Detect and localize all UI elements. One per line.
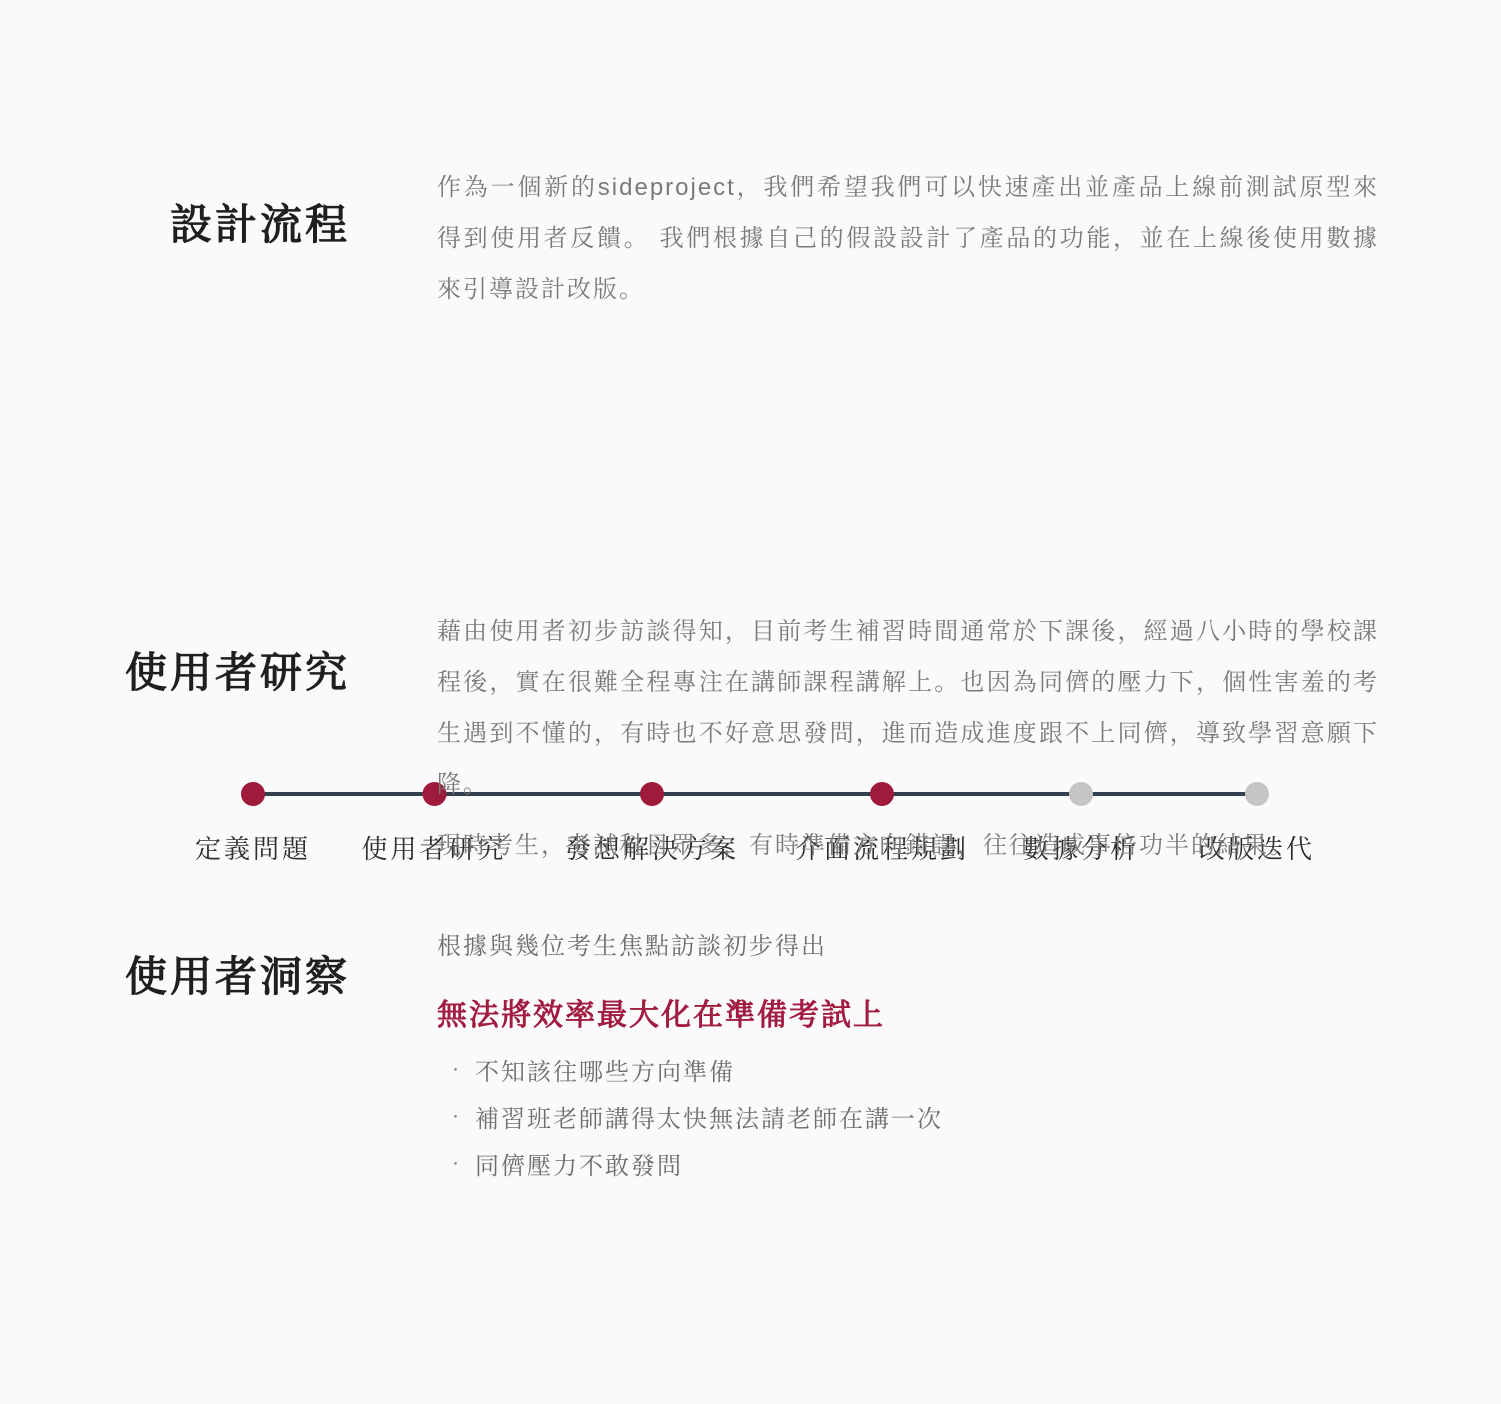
list-item: ・ 同儕壓力不敢發問 bbox=[448, 1140, 943, 1187]
bullet-dot-icon: ・ bbox=[448, 1059, 475, 1080]
timeline-dot bbox=[241, 782, 265, 806]
bullet-text: 不知該往哪些方向準備 bbox=[475, 1052, 735, 1087]
user-research-paragraph-block: 藉由使用者初步訪談得知，目前考生補習時間通常於下課後，經過八小時的學校課程後，實… bbox=[437, 606, 1379, 871]
user-research-paragraph-1: 藉由使用者初步訪談得知，目前考生補習時間通常於下課後，經過八小時的學校課程後，實… bbox=[437, 606, 1379, 810]
design-process-title: 設計流程 bbox=[98, 200, 350, 250]
user-insight-bullet-list: ・ 不知該往哪些方向準備 ・ 補習班老師講得太快無法請老師在講一次 ・ 同儕壓力… bbox=[448, 1046, 943, 1187]
user-research-title: 使用者研究 bbox=[98, 648, 350, 698]
timeline-step: 定義問題 bbox=[195, 782, 311, 864]
design-process-paragraph: 作為一個新的sideproject，我們希望我們可以快速產出並產品上線前測試原型… bbox=[437, 162, 1379, 315]
user-insight-highlight: 無法將效率最大化在準備考試上 bbox=[437, 996, 885, 1036]
list-item: ・ 不知該往哪些方向準備 bbox=[448, 1046, 943, 1093]
user-research-paragraph-2: 現時考生，考試科目眾多，有時準備方向錯誤，往往造成事倍功半的結果。 bbox=[437, 820, 1379, 871]
design-process-timeline: 定義問題 使用者研究 發想解決方案 介面流程規劃 數據分析 改版迭代 bbox=[0, 380, 1501, 490]
bullet-dot-icon: ・ bbox=[448, 1106, 475, 1127]
user-insight-title: 使用者洞察 bbox=[98, 952, 350, 1002]
bullet-text: 補習班老師講得太快無法請老師在講一次 bbox=[475, 1099, 943, 1134]
design-process-paragraph-block: 作為一個新的sideproject，我們希望我們可以快速產出並產品上線前測試原型… bbox=[437, 162, 1379, 315]
user-insight-intro: 根據與幾位考生焦點訪談初步得出 bbox=[437, 931, 827, 963]
bullet-dot-icon: ・ bbox=[448, 1153, 475, 1174]
timeline-step-label: 定義問題 bbox=[195, 834, 311, 864]
list-item: ・ 補習班老師講得太快無法請老師在講一次 bbox=[448, 1093, 943, 1140]
bullet-text: 同儕壓力不敢發問 bbox=[475, 1146, 683, 1181]
